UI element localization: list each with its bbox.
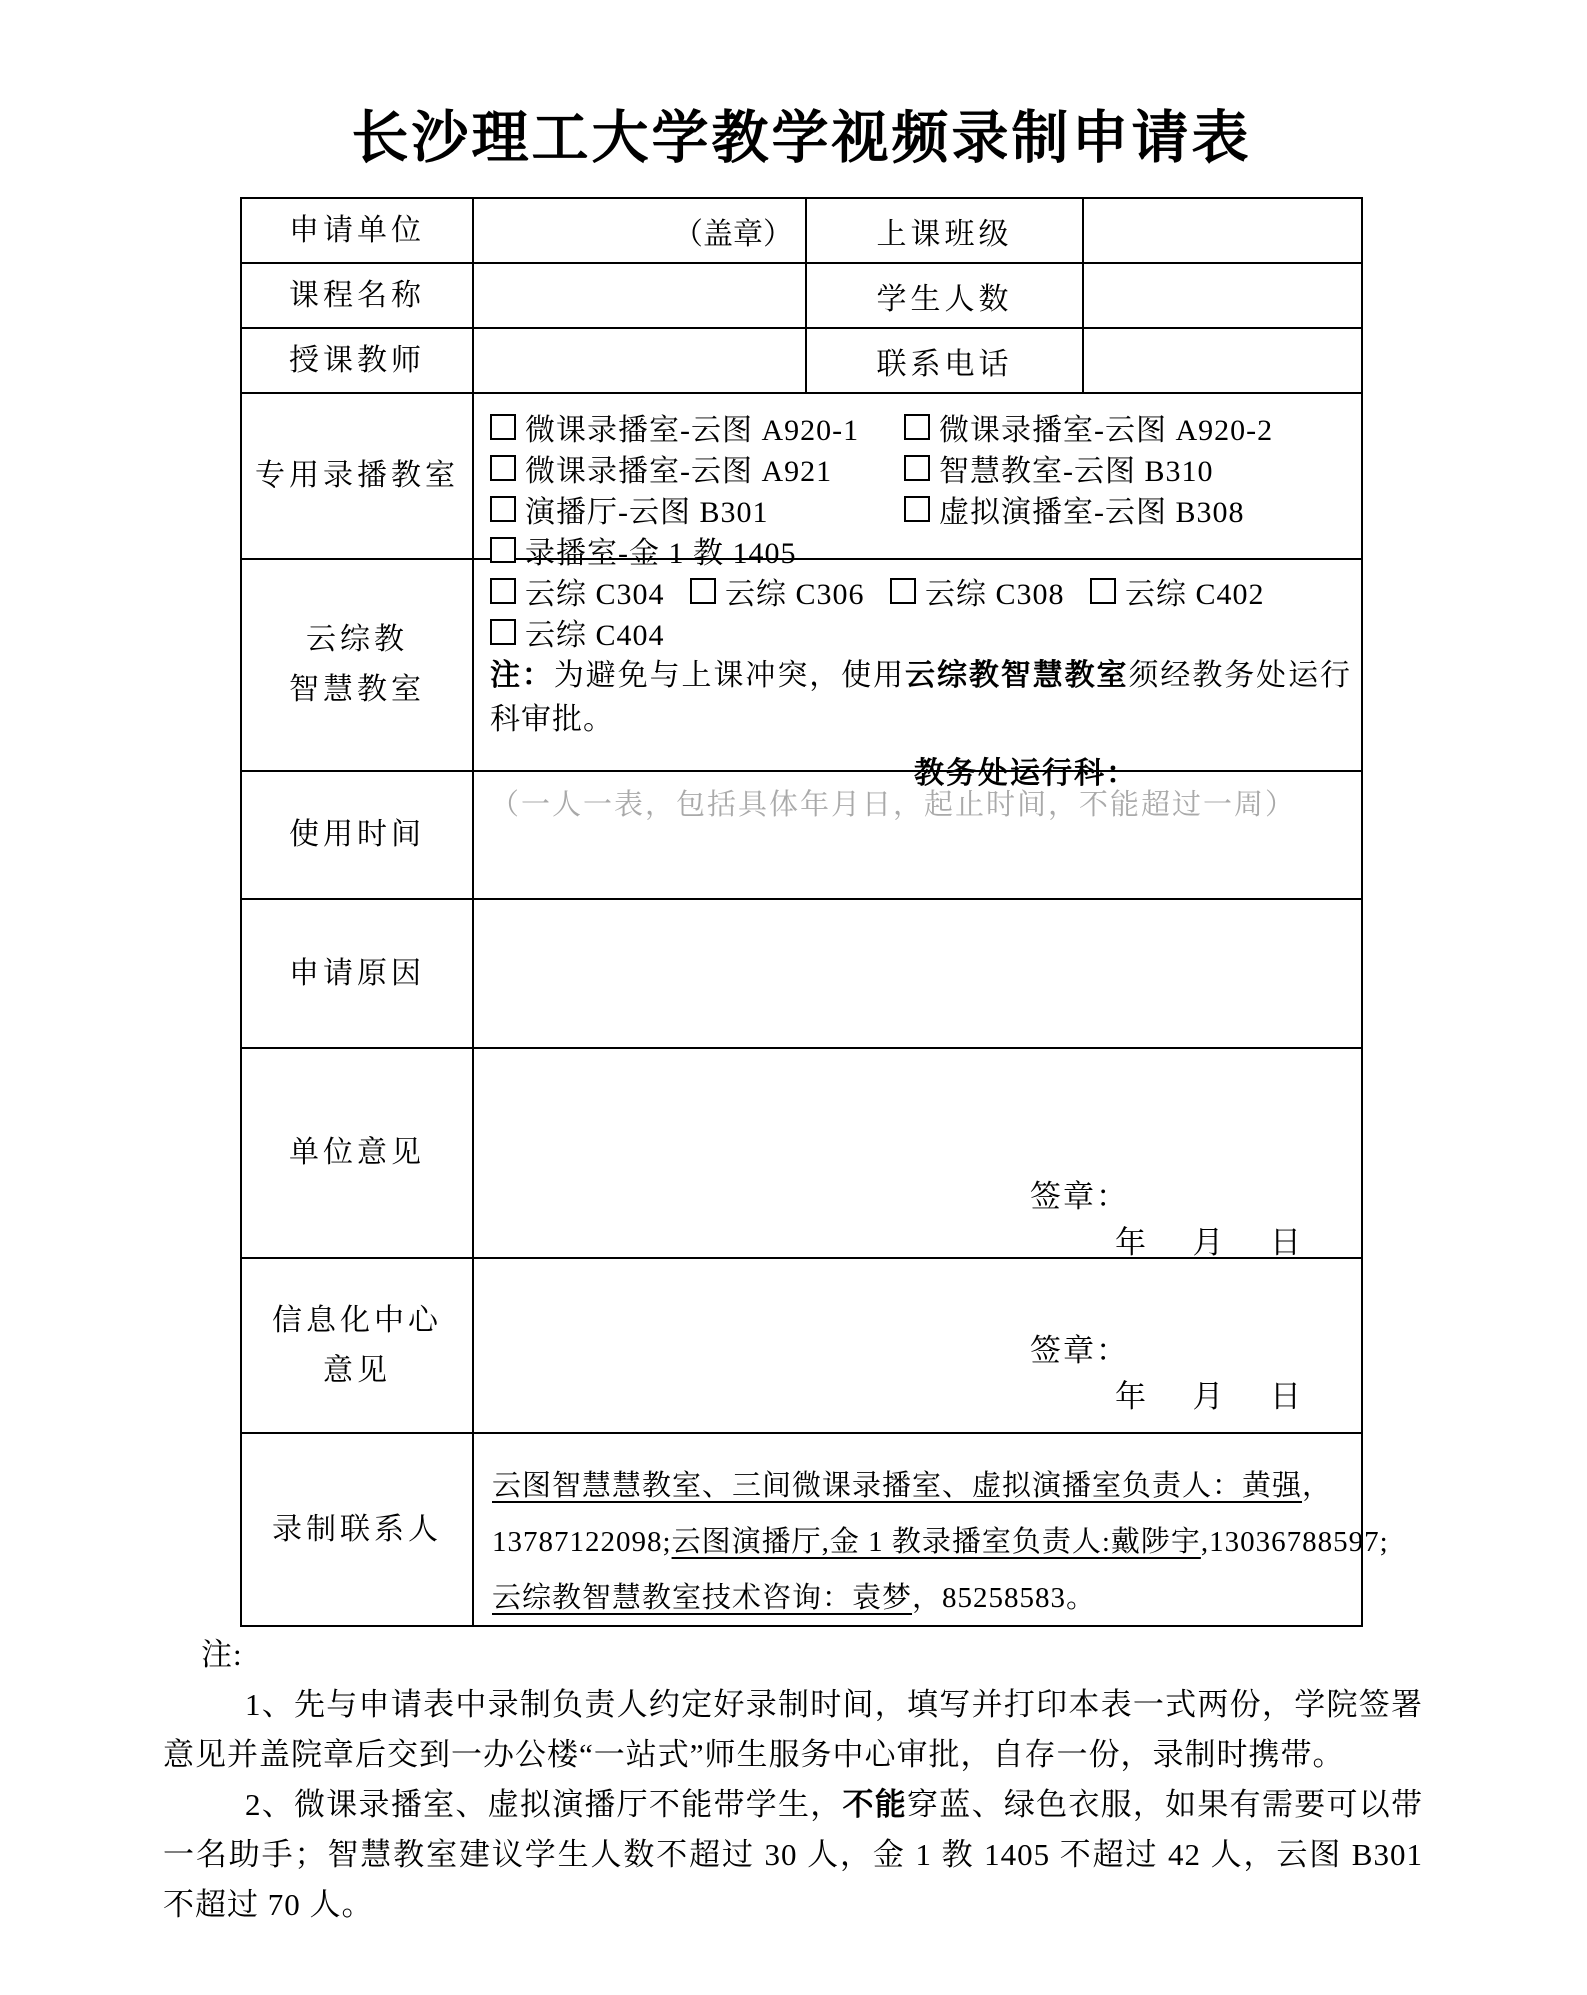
contact-text: ,13036788597; — [1201, 1526, 1389, 1558]
student-count-input[interactable] — [1084, 264, 1361, 327]
signature-label: 签章： — [1030, 1325, 1129, 1370]
table-row: 授课教师 联系电话 — [242, 329, 1361, 394]
room-option-label: 微课录播室-云图 A920-1 — [525, 405, 859, 449]
note-text: 为避免与上课冲突，使用 — [554, 659, 905, 692]
dedicated-rooms-label: 专用录播教室 — [242, 394, 474, 558]
room-option-label: 微课录播室-云图 A921 — [525, 446, 832, 490]
applicant-unit-input[interactable]: （盖章） — [474, 199, 807, 262]
yunzong-label: 云综教 智慧教室 — [242, 560, 474, 770]
checkbox-icon[interactable] — [904, 455, 930, 481]
page-title: 长沙理工大学教学视频录制申请表 — [240, 104, 1363, 172]
table-row: 申请单位 （盖章） 上课班级 — [242, 199, 1361, 264]
teacher-input[interactable] — [474, 329, 807, 392]
note-bold-text: 云综教智慧教室 — [905, 659, 1128, 692]
table-row: 课程名称 学生人数 — [242, 264, 1361, 329]
phone-input[interactable] — [1084, 329, 1361, 392]
footnote-text: 2、微课录播室、虚拟演播厅不能带学生， — [245, 1787, 843, 1822]
unit-opinion-input[interactable]: 签章： 年 月 日 — [474, 1049, 1361, 1257]
option-row: 微课录播室-云图 A921 智慧教室-云图 B310 — [490, 447, 1361, 488]
checkbox-icon[interactable] — [890, 578, 916, 604]
usage-time-placeholder: （一人一表，包括具体年月日，起止时间，不能超过一周） — [490, 782, 1296, 823]
checkbox-icon[interactable] — [490, 537, 516, 563]
table-row-yunzong: 云综教 智慧教室 云综 C304 云综 C306 云综 C308 云综 C402… — [242, 560, 1361, 772]
usage-time-input[interactable]: （一人一表，包括具体年月日，起止时间，不能超过一周） — [474, 772, 1361, 898]
contact-text: ，85258583。 — [912, 1582, 1096, 1614]
footnote-item-2: 2、微课录播室、虚拟演播厅不能带学生，不能穿蓝、绿色衣服，如果有需要可以带一名助… — [163, 1780, 1423, 1930]
dedicated-rooms-options: 微课录播室-云图 A920-1 微课录播室-云图 A920-2 微课录播室-云图… — [474, 394, 1361, 558]
yunzong-label-line2: 智慧教室 — [289, 665, 425, 715]
contact-line: 13787122098;云图演播厅,金 1 教录播室负责人:戴陟宇,130367… — [492, 1514, 1389, 1570]
room-option-label: 云综 C308 — [925, 569, 1065, 613]
application-form-page: 长沙理工大学教学视频录制申请表 申请单位 （盖章） 上课班级 课程名称 学生人数… — [0, 0, 1587, 1995]
footnote-bold-text: 不能 — [843, 1787, 908, 1822]
room-option-label: 演播厅-云图 B301 — [525, 487, 769, 531]
option-row: 演播厅-云图 B301 虚拟演播室-云图 B308 — [490, 488, 1361, 529]
table-row-unit-opinion: 单位意见 签章： 年 月 日 — [242, 1049, 1361, 1259]
contact-underlined: 云综教智慧教室技术咨询：袁梦 — [492, 1582, 912, 1614]
room-option-label: 云综 C404 — [525, 610, 665, 654]
date-line: 年 月 日 — [1115, 1371, 1301, 1416]
checkbox-icon[interactable] — [490, 578, 516, 604]
course-name-label: 课程名称 — [242, 264, 474, 327]
contact-text: 13787122098; — [492, 1526, 672, 1558]
signature-label: 签章： — [1030, 1171, 1129, 1216]
option-row: 云综 C404 — [490, 611, 1361, 652]
option-row: 云综 C304 云综 C306 云综 C308 云综 C402 — [490, 570, 1361, 611]
unit-opinion-label: 单位意见 — [242, 1049, 474, 1257]
room-option-label: 虚拟演播室-云图 B308 — [939, 487, 1245, 531]
room-option-label: 云综 C402 — [1125, 569, 1265, 613]
reason-input[interactable] — [474, 900, 1361, 1047]
footnotes: 注: 1、先与申请表中录制负责人约定好录制时间，填写并打印本表一式两份，学院签署… — [163, 1630, 1423, 1930]
checkbox-icon[interactable] — [690, 578, 716, 604]
room-option-label: 微课录播室-云图 A920-2 — [939, 405, 1273, 449]
checkbox-icon[interactable] — [904, 414, 930, 440]
room-option-label: 智慧教室-云图 B310 — [939, 446, 1214, 490]
yunzong-options-cell: 云综 C304 云综 C306 云综 C308 云综 C402 云综 C404 … — [474, 560, 1361, 770]
center-opinion-input[interactable]: 签章： 年 月 日 — [474, 1259, 1361, 1432]
table-row-usage-time: 使用时间 （一人一表，包括具体年月日，起止时间，不能超过一周） — [242, 772, 1361, 900]
footnote-heading: 注: — [163, 1630, 1423, 1680]
table-row-dedicated-rooms: 专用录播教室 微课录播室-云图 A920-1 微课录播室-云图 A920-2 微… — [242, 394, 1361, 560]
application-form-table: 申请单位 （盖章） 上课班级 课程名称 学生人数 授课教师 联系电话 专用录播教… — [240, 197, 1363, 1627]
course-name-input[interactable] — [474, 264, 807, 327]
center-opinion-label: 信息化中心 意见 — [242, 1259, 474, 1432]
table-row-contact: 录制联系人 云图智慧慧教室、三间微课录播室、虚拟演播室负责人：黄强， 13787… — [242, 1434, 1361, 1625]
class-input[interactable] — [1084, 199, 1361, 262]
center-opinion-label-line1: 信息化中心 — [272, 1296, 442, 1346]
checkbox-icon[interactable] — [490, 414, 516, 440]
table-row-reason: 申请原因 — [242, 900, 1361, 1049]
contact-text: ， — [1302, 1470, 1332, 1502]
room-option-label: 云综 C306 — [725, 569, 865, 613]
reason-label: 申请原因 — [242, 900, 474, 1047]
contact-line: 云图智慧慧教室、三间微课录播室、虚拟演播室负责人：黄强， — [492, 1458, 1389, 1514]
contact-underlined: 云图智慧慧教室、三间微课录播室、虚拟演播室负责人：黄强 — [492, 1470, 1302, 1502]
note-prefix: 注： — [490, 659, 554, 692]
center-opinion-label-line2: 意见 — [323, 1346, 391, 1396]
checkbox-icon[interactable] — [1090, 578, 1116, 604]
option-row: 微课录播室-云图 A920-1 微课录播室-云图 A920-2 — [490, 406, 1361, 447]
checkbox-icon[interactable] — [490, 619, 516, 645]
yunzong-label-line1: 云综教 — [306, 615, 408, 665]
teacher-label: 授课教师 — [242, 329, 474, 392]
contact-line: 云综教智慧教室技术咨询：袁梦，85258583。 — [492, 1570, 1389, 1626]
footnote-item-1: 1、先与申请表中录制负责人约定好录制时间，填写并打印本表一式两份，学院签署意见并… — [163, 1680, 1423, 1780]
stamp-hint: （盖章） — [673, 209, 793, 253]
table-row-center-opinion: 信息化中心 意见 签章： 年 月 日 — [242, 1259, 1361, 1434]
yunzong-note: 注：为避免与上课冲突，使用云综教智慧教室须经教务处运行科审批。 — [474, 652, 1361, 742]
phone-label: 联系电话 — [807, 329, 1084, 392]
applicant-unit-label: 申请单位 — [242, 199, 474, 262]
contact-label: 录制联系人 — [242, 1434, 474, 1625]
contact-info-cell: 云图智慧慧教室、三间微课录播室、虚拟演播室负责人：黄强， 13787122098… — [474, 1434, 1405, 1625]
checkbox-icon[interactable] — [904, 496, 930, 522]
student-count-label: 学生人数 — [807, 264, 1084, 327]
class-label: 上课班级 — [807, 199, 1084, 262]
checkbox-icon[interactable] — [490, 496, 516, 522]
contact-underlined: 云图演播厅,金 1 教录播室负责人:戴陟宇 — [672, 1526, 1201, 1558]
usage-time-label: 使用时间 — [242, 772, 474, 898]
date-line: 年 月 日 — [1115, 1217, 1301, 1262]
room-option-label: 云综 C304 — [525, 569, 665, 613]
checkbox-icon[interactable] — [490, 455, 516, 481]
